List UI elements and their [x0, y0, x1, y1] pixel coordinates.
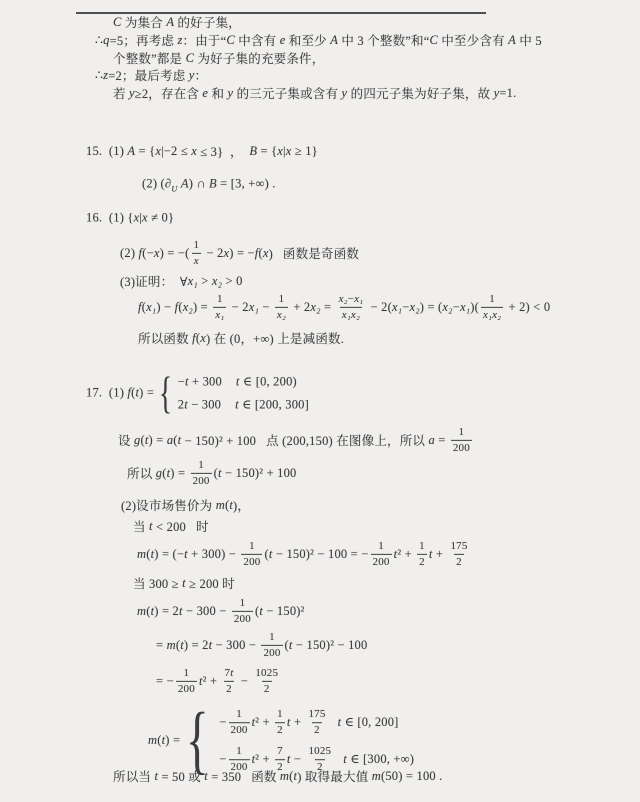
numerator: 1	[234, 708, 244, 722]
denominator: 200	[241, 554, 262, 569]
text-run: =	[321, 300, 335, 315]
math-var: x₁	[392, 300, 402, 315]
text-run: 1025	[308, 746, 331, 759]
text-run: 16. (1) {	[86, 211, 134, 226]
text-run: − 2	[203, 246, 223, 261]
text-run: 的三元子集或含有	[233, 84, 341, 102]
text-run: 1	[249, 540, 255, 553]
math-var: A	[508, 33, 516, 48]
text-run: 200	[193, 475, 210, 488]
q16-item3-header: (3)证明： ∀x₁ > x₂ > 0	[120, 272, 243, 290]
denominator: 200	[261, 645, 282, 660]
math-var: x₁	[215, 309, 224, 322]
text-run: =1.	[499, 86, 516, 101]
math-var: x₂	[212, 274, 222, 289]
piecewise-cases: {−1200t² + 12t + 1752t ∈ [0, 200]−1200t²…	[186, 708, 415, 774]
fraction: 1200	[451, 426, 472, 454]
text-run: ∴	[95, 32, 103, 48]
numerator: 1	[376, 540, 386, 554]
numerator: 1025	[253, 667, 280, 681]
text-run: )(	[470, 300, 479, 315]
denominator: 2	[417, 554, 427, 569]
math-var: x₁x₂	[483, 309, 501, 322]
math-var: x₁	[146, 300, 156, 315]
text-run: ) = (−	[154, 547, 184, 562]
text-run: (50) = 100 .	[381, 769, 443, 784]
numerator: 1	[234, 746, 244, 760]
math-var: x₂	[442, 300, 452, 315]
text-run: 2	[277, 724, 283, 737]
math-var: B	[209, 177, 217, 192]
numerator: 1	[238, 597, 248, 611]
math-var: x₁	[460, 300, 470, 315]
text-run: ² +	[255, 752, 273, 767]
text-run: ) = 2	[184, 638, 209, 653]
text-run: ) =	[139, 386, 157, 401]
q16-item2: (2) f(−x) = −(1x − 2x) = −f(x) 函数是奇函数	[120, 239, 359, 267]
math-var: x₂	[183, 300, 193, 315]
text-run: −	[453, 300, 460, 315]
text-run: − 150)²	[263, 604, 305, 619]
text-run: = 350 函数	[208, 767, 280, 785]
text-run: −	[259, 300, 273, 315]
text-run: |−2 ≤	[161, 144, 191, 159]
text-run: 200	[373, 556, 390, 569]
text-run: + 300	[189, 374, 222, 389]
text-run: ≤ 3} ，	[197, 142, 249, 160]
numerator: 7	[275, 746, 285, 760]
text-run: ∈ [300, +∞)	[347, 752, 414, 768]
q17-item2-case2-eq2: = m(t) = 2t − 300 − 1200(t − 150)² − 100	[156, 631, 367, 659]
numerator: 1	[196, 459, 206, 473]
fraction: 1752	[448, 540, 469, 568]
text-run: ) = −(	[160, 246, 190, 261]
denominator: 200	[451, 440, 472, 455]
math-var: C	[429, 33, 438, 48]
text-run: 当 300 ≥	[133, 574, 182, 592]
fraction: 1752	[306, 708, 327, 736]
text-run: 15. (1)	[86, 144, 127, 159]
q17-item2-case2-label: 当 300 ≥ t ≥ 200 时	[133, 574, 235, 592]
text-run: +	[291, 715, 305, 730]
text-run: =2；最后考虑	[108, 66, 189, 84]
q17-item1-g-setup: 设 g(t) = a(t − 150)² + 100 点 (200,150) 在…	[118, 426, 474, 454]
spacer	[221, 404, 235, 405]
text-run: 2	[419, 556, 425, 569]
denominator: 200	[371, 554, 392, 569]
math-var: m	[372, 769, 381, 784]
text-run: 所以当	[113, 767, 154, 785]
text-run: =5；再考虑	[110, 31, 178, 49]
text-run: −	[219, 715, 226, 730]
cases-row: −t + 300t ∈ [0, 200)	[178, 374, 297, 390]
text-run: = {	[257, 144, 277, 159]
text-run: 2	[226, 683, 232, 696]
text-run: 的好子集，	[174, 13, 241, 31]
text-run: ) ∩	[189, 177, 209, 192]
text-run: 1	[236, 746, 242, 759]
cases-row: 2t − 300t ∈ [200, 300]	[178, 397, 309, 413]
text-run: ² +	[203, 674, 221, 689]
text-run: ² +	[397, 547, 415, 562]
q15-item2: (2) (∂U A) ∩ B = [3, +∞) .	[142, 177, 276, 192]
cases-row: −1200t² + 12t + 1752t ∈ [0, 200]	[219, 708, 398, 736]
text-run: 200	[453, 442, 470, 455]
text-run: − 150)² − 100 = −	[273, 547, 369, 562]
numerator: 1	[191, 239, 201, 253]
fraction: 1x₁	[213, 293, 226, 321]
math-var: x₁	[249, 300, 259, 315]
text-run: 1	[277, 708, 283, 721]
text-run: − 2	[228, 300, 248, 315]
text-run: ∴	[95, 67, 103, 83]
text-run: = −	[156, 674, 174, 689]
text-run: 2	[314, 724, 320, 737]
text-run: ∈ [0, 200]	[341, 714, 398, 730]
denominator: 2	[224, 681, 234, 696]
text-run: ：由于“	[183, 31, 227, 49]
text-run: 1	[236, 708, 242, 721]
math-var: m	[137, 547, 146, 562]
denominator: 2	[275, 722, 285, 737]
math-var: C	[186, 51, 195, 66]
text-run: +	[433, 547, 447, 562]
text-run: ) = −	[229, 246, 255, 261]
math-var: A	[166, 15, 174, 30]
text-run: −	[291, 752, 305, 767]
cases-rows: −1200t² + 12t + 1752t ∈ [0, 200]−1200t² …	[219, 708, 414, 774]
math-var: A	[127, 144, 135, 159]
fraction: 1200	[261, 631, 282, 659]
numerator: 1	[275, 708, 285, 722]
math-var: m	[216, 498, 225, 513]
denominator: x₁	[213, 307, 226, 322]
proof-line-5: 若 y≥2，存在含 e 和 y 的三元子集或含有 y 的四元子集为好子集，故 y…	[113, 84, 516, 102]
denominator: x₁x₂	[340, 307, 362, 322]
text-run: 7	[277, 746, 283, 759]
text-run: )，	[233, 496, 250, 514]
text-run: ) =	[165, 734, 183, 749]
text-run: ≠ 0}	[148, 211, 174, 226]
text-run: 200	[234, 613, 251, 626]
proof-line-1: C 为集合 A 的好子集，	[113, 13, 241, 31]
text-run: ² +	[255, 715, 273, 730]
text-run: ∈ [200, 300]	[239, 397, 309, 413]
text-run: ) =	[170, 466, 188, 481]
subscript: U	[171, 183, 177, 193]
text-run: 所以	[127, 464, 156, 482]
text-run: ≥ 1}	[292, 144, 318, 159]
text-run: 1	[489, 293, 495, 306]
text-run: − 300	[188, 397, 221, 412]
numerator: 1	[487, 293, 497, 307]
text-run: 1	[279, 293, 285, 306]
math-var: m	[167, 638, 176, 653]
q17-item2-case2-eq3: = −1200t² + 7t2 − 10252	[156, 667, 282, 695]
numerator: 1	[215, 293, 225, 307]
math-var: C	[113, 15, 122, 30]
text-run: 200	[231, 724, 248, 737]
text-run: 中 5	[516, 31, 542, 49]
spacer	[222, 381, 236, 382]
numerator: 175	[306, 708, 327, 722]
fraction: 1200	[232, 597, 253, 625]
text-run: 200	[263, 647, 280, 660]
math-var: x₁	[188, 274, 198, 289]
text-run: 个整数”都是	[113, 49, 186, 67]
numerator: x₂−x₁	[337, 293, 366, 307]
math-var: t	[230, 667, 233, 680]
answer-sheet-page: C 为集合 A 的好子集，∴q=5；再考虑 z：由于“C 中含有 e 和至少 A…	[0, 0, 640, 802]
text-run: 中 3 个整数”和“	[338, 31, 429, 49]
denominator: x₂	[275, 307, 288, 322]
denominator: 200	[232, 611, 253, 626]
text-run: 所以函数	[138, 329, 192, 347]
q17-item1-piecewise: 17. (1) f(t) = {−t + 300t ∈ [0, 200)2t −…	[86, 374, 309, 413]
q15-item1: 15. (1) A = {x|−2 ≤ x ≤ 3} ， B = {x|x ≥ …	[86, 142, 318, 160]
proof-line-3: 个整数”都是 C 为好子集的充要条件，	[113, 49, 324, 67]
math-var: x	[194, 255, 199, 268]
text-run: 2	[264, 683, 270, 696]
numerator: 7t	[222, 667, 235, 681]
math-var: x₂	[339, 293, 348, 306]
numerator: 1	[457, 426, 467, 440]
text-run: < 200 时	[153, 517, 209, 535]
denominator: 200	[191, 473, 212, 488]
text-run: − 150)² + 100	[222, 466, 297, 481]
text-run: 1	[240, 597, 246, 610]
math-var: A	[181, 177, 189, 192]
text-run: 200	[178, 683, 195, 696]
math-var: m	[148, 734, 157, 749]
left-brace-icon: {	[186, 709, 209, 774]
text-run: >	[198, 274, 212, 289]
text-run: 和至少	[285, 31, 330, 49]
numerator: 1025	[306, 746, 333, 760]
fraction: 1200	[191, 459, 212, 487]
text-run: ≥2，存在含	[135, 84, 203, 102]
numerator: 1	[267, 631, 277, 645]
proof-line-2: ∴q=5；再考虑 z：由于“C 中含有 e 和至少 A 中 3 个整数”和“C …	[95, 31, 542, 49]
left-brace-icon: {	[159, 374, 172, 411]
q16-item3-conclusion: 所以函数 f(x) 在 (0，+∞) 上是减函数.	[138, 329, 344, 347]
q17-item1-g-result: 所以 g(t) = 1200(t − 150)² + 100	[127, 459, 297, 487]
text-run: 1	[217, 293, 223, 306]
text-run: ) =	[149, 433, 167, 448]
text-run: 中含有	[235, 31, 280, 49]
text-run: 175	[450, 540, 467, 553]
text-run: 中至少含有	[438, 31, 508, 49]
fraction: 1200	[371, 540, 392, 568]
text-run: + 300) −	[188, 547, 240, 562]
text-run: (3)证明： ∀	[120, 272, 188, 290]
text-run: (2)设市场售价为	[121, 496, 216, 514]
fraction: 1x₁x₂	[481, 293, 503, 321]
denominator: 2	[454, 554, 464, 569]
math-var: B	[249, 144, 257, 159]
text-run: −	[219, 752, 226, 767]
math-var: C	[226, 33, 235, 48]
math-var: x₂	[277, 309, 286, 322]
q16-item1: 16. (1) {x|x ≠ 0}	[86, 211, 174, 226]
text-run: −	[178, 374, 185, 389]
text-run: 为集合	[122, 13, 167, 31]
text-run: + 2) < 0	[505, 300, 550, 315]
text-run: 当	[133, 517, 149, 535]
text-run: (−	[142, 246, 154, 261]
cases-rows: −t + 300t ∈ [0, 200)2t − 300t ∈ [200, 30…	[178, 374, 309, 413]
text-run: 和	[208, 84, 227, 102]
q17-item2-case2-eq1: m(t) = 2t − 300 − 1200(t − 150)²	[137, 597, 305, 625]
q16-item3-eq: f(x₁) − f(x₂) = 1x₁ − 2x₁ − 1x₂ + 2x₂ = …	[138, 293, 550, 321]
math-var: m	[280, 769, 289, 784]
text-run: 为好子集的充要条件，	[194, 49, 324, 67]
text-run: 17. (1)	[86, 386, 127, 401]
text-run: =	[156, 638, 167, 653]
text-run: 若	[113, 84, 129, 102]
text-run: + 2	[290, 300, 310, 315]
text-run: ) = 2	[154, 604, 179, 619]
math-var: m	[137, 604, 146, 619]
fraction: x₂−x₁x₁x₂	[337, 293, 366, 321]
fraction: 7t2	[222, 667, 235, 695]
denominator: 200	[229, 722, 250, 737]
text-run: 1	[419, 540, 425, 553]
text-run: = [3, +∞) .	[217, 177, 276, 192]
text-run: − 150)² − 100	[293, 638, 368, 653]
text-run: 2	[456, 556, 462, 569]
q17-item2-piecewise: m(t) = {−1200t² + 12t + 1752t ∈ [0, 200]…	[148, 708, 414, 774]
piecewise-cases: {−t + 300t ∈ [0, 200)2t − 300t ∈ [200, 3…	[159, 374, 309, 413]
math-var: x₁x₂	[342, 309, 360, 322]
text-run: ) 在 (0，+∞) 上是减函数.	[206, 329, 344, 347]
text-run: −	[237, 674, 251, 689]
fraction: 12	[417, 540, 427, 568]
text-run: 1	[459, 426, 465, 439]
text-run: ∈ [0, 200)	[240, 374, 297, 390]
denominator: x	[192, 253, 201, 268]
text-run: ：	[195, 66, 208, 84]
text-run: ) 函数是奇函数	[269, 244, 360, 262]
text-run: 1	[198, 459, 204, 472]
denominator: 200	[176, 681, 197, 696]
spacer	[330, 722, 338, 723]
numerator: 1	[417, 540, 427, 554]
text-run: − 2(	[367, 300, 392, 315]
text-run: − 300 −	[212, 638, 259, 653]
text-run: 1	[269, 631, 275, 644]
text-run: 设	[118, 431, 134, 449]
text-run: 的四元子集为好子集，故	[347, 84, 493, 102]
fraction: 1200	[241, 540, 262, 568]
fraction: 1200	[229, 708, 250, 736]
text-run: 1	[193, 239, 199, 252]
fraction: 10252	[253, 667, 280, 695]
numerator: 1	[277, 293, 287, 307]
numerator: 1	[247, 540, 257, 554]
text-run: ≥ 200 时	[186, 574, 235, 592]
text-run: ) −	[156, 300, 174, 315]
q17-item2-case1-eq: m(t) = (−t + 300) − 1200(t − 150)² − 100…	[137, 540, 472, 568]
text-run: (2) (∂	[142, 177, 171, 192]
fraction: 1x₂	[275, 293, 288, 321]
text-run: ) =	[193, 300, 211, 315]
fraction: 12	[275, 708, 285, 736]
q17-item2-case1-label: 当 t < 200 时	[133, 517, 209, 535]
text-run: > 0	[222, 274, 242, 289]
text-run: 1	[184, 667, 190, 680]
text-run: − 300 −	[183, 604, 230, 619]
q17-item2-conclusion: 所以当 t = 50 或 t = 350 函数 m(t) 取得最大值 m(50)…	[113, 767, 443, 785]
q17-item2-header: (2)设市场售价为 m(t)，	[121, 496, 250, 514]
denominator: x₁x₂	[481, 307, 503, 322]
text-run: ) 取得最大值	[297, 767, 372, 785]
text-run: − 150)² + 100 点 (200,150) 在图像上，所以	[181, 431, 428, 449]
text-run: (2)	[120, 246, 139, 261]
numerator: 1	[182, 667, 192, 681]
text-run: =	[435, 433, 449, 448]
text-run: 200	[243, 556, 260, 569]
fraction: 1200	[176, 667, 197, 695]
proof-line-4: ∴z=2；最后考虑 y：	[95, 66, 207, 84]
math-var: x₂	[409, 300, 419, 315]
text-run: 175	[308, 708, 325, 721]
math-var: x₂	[310, 300, 320, 315]
numerator: 175	[448, 540, 469, 554]
text-run: 1025	[255, 667, 278, 680]
text-run: ) = (	[420, 300, 443, 315]
fraction: 1x	[191, 239, 201, 267]
denominator: 2	[312, 722, 322, 737]
math-var: A	[330, 33, 338, 48]
text-run: = {	[135, 144, 155, 159]
denominator: 2	[262, 681, 272, 696]
text-run: = 50 或	[158, 767, 204, 785]
math-var: x₁	[354, 293, 363, 306]
text-run: 1	[378, 540, 384, 553]
